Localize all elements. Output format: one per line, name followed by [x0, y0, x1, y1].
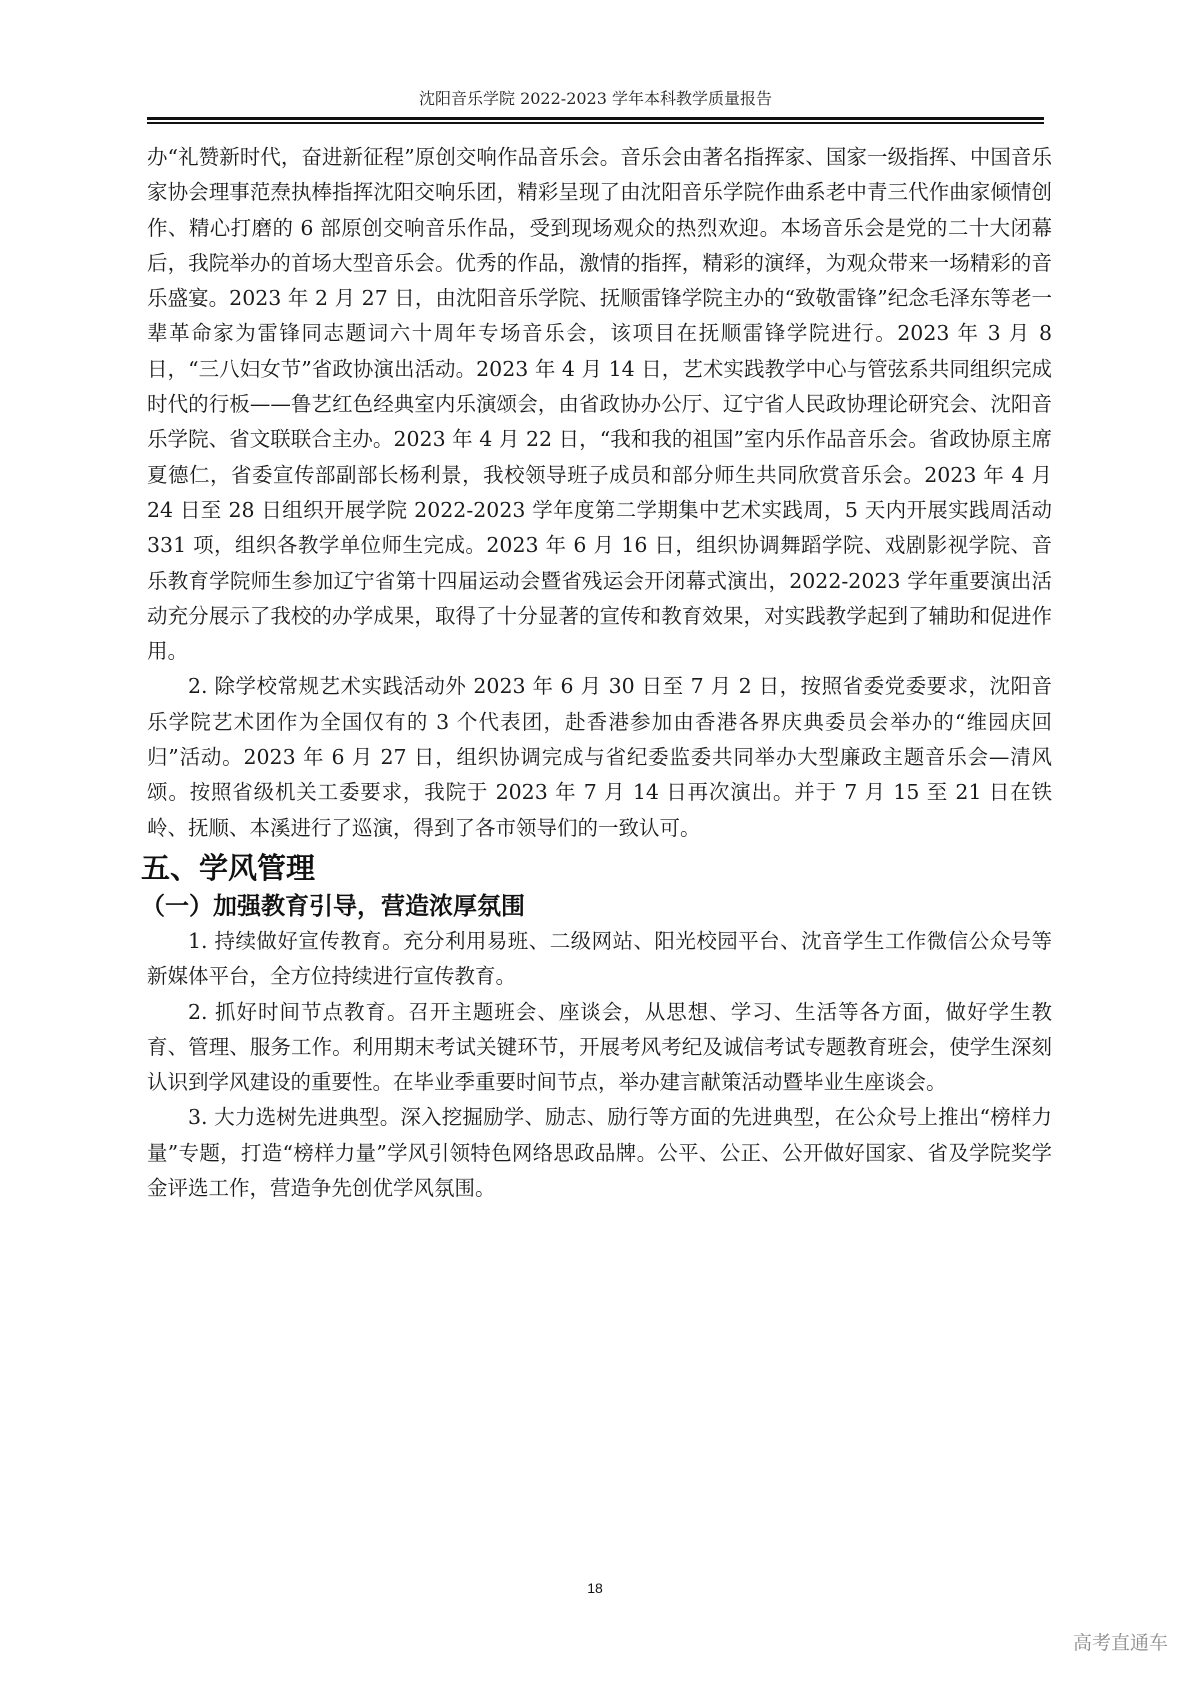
- paragraph-performances: 办“礼赞新时代，奋进新征程”原创交响作品音乐会。音乐会由著名指挥家、国家一级指挥…: [147, 140, 1052, 669]
- header-rule-thin: [147, 122, 1044, 124]
- paragraph-item-2: 2. 除学校常规艺术实践活动外 2023 年 6 月 30 日至 7 月 2 日…: [147, 669, 1052, 845]
- page-number: 18: [0, 1580, 1190, 1596]
- running-header: 沈阳音乐学院 2022-2023 学年本科教学质量报告: [147, 88, 1044, 110]
- list-item: 1. 持续做好宣传教育。充分利用易班、二级网站、阳光校园平台、沈音学生工作微信公…: [147, 924, 1052, 995]
- list-item: 2. 抓好时间节点教育。召开主题班会、座谈会，从思想、学习、生活等各方面，做好学…: [147, 995, 1052, 1101]
- list-item: 3. 大力选树先进典型。深入挖掘励学、励志、励行等方面的先进典型，在公众号上推出…: [147, 1100, 1052, 1206]
- section-heading: 五、学风管理: [141, 848, 1052, 888]
- subsection-heading: （一）加强教育引导，营造浓厚氛围: [141, 888, 1052, 924]
- header-rule-thick: [147, 117, 1044, 120]
- document-body: 办“礼赞新时代，奋进新征程”原创交响作品音乐会。音乐会由著名指挥家、国家一级指挥…: [147, 140, 1052, 1206]
- watermark: 高考直通车: [1073, 1628, 1168, 1655]
- document-page: 沈阳音乐学院 2022-2023 学年本科教学质量报告 办“礼赞新时代，奋进新征…: [0, 0, 1190, 1684]
